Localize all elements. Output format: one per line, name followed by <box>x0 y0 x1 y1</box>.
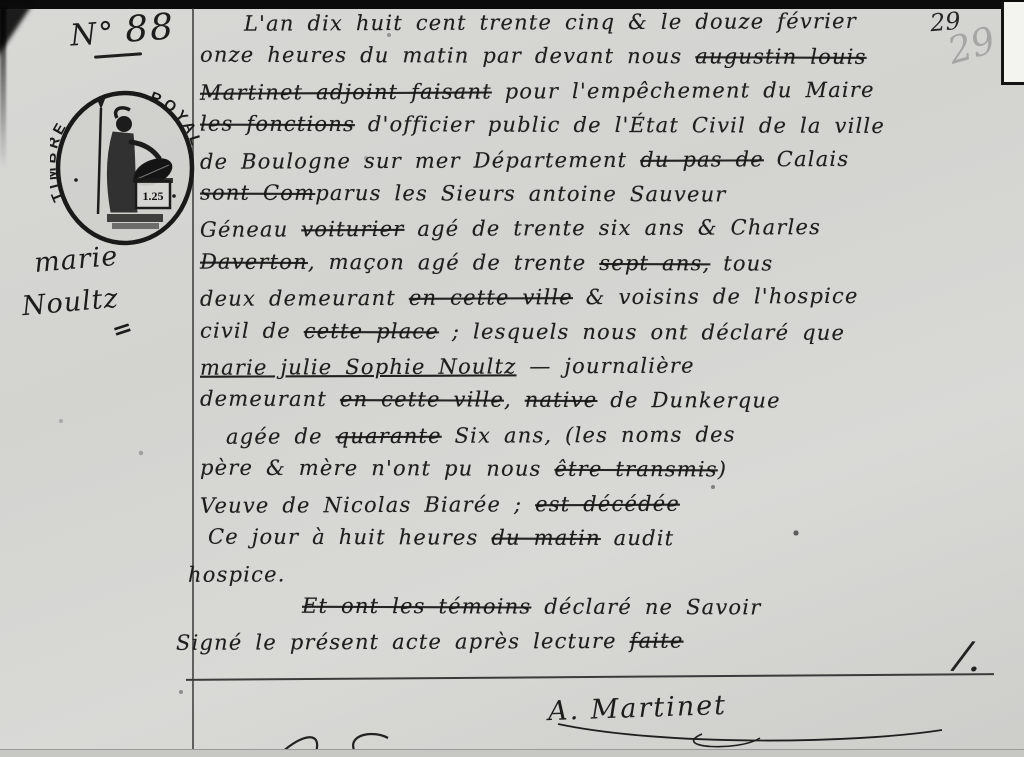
manuscript-line: L'an dix huit cent trente cinq & le douz… <box>244 3 1012 41</box>
manuscript-line: Veuve de Nicolas Biarée ; est décédée <box>200 485 1012 523</box>
manuscript-line: Martinet adjoint faisant pour l'empêchem… <box>200 72 1012 110</box>
manuscript-line: de Boulogne sur mer Département du pas d… <box>200 141 1012 179</box>
manuscript-line: demeurant en cette ville, native de Dunk… <box>200 382 1012 419</box>
scan-left-smudge <box>0 8 6 168</box>
margin-name-line1: marie <box>32 236 120 285</box>
manuscript-line: hospice. <box>188 554 1012 592</box>
manuscript-line: agée de quarante Six ans, (les noms des <box>226 416 1012 454</box>
manuscript-line: onze heures du matin par devant nous aug… <box>200 38 1012 75</box>
manuscript-line: Daverton, maçon agé de trente sept ans, … <box>200 244 1012 281</box>
stamp-value: 1.25 <box>143 189 164 203</box>
act-number-prefix: N° <box>69 16 117 54</box>
manuscript-line: deux demeurant en cette ville & voisins … <box>200 278 1012 316</box>
timbre-royal-stamp: TIMBRE ROYAL 1.25 <box>50 84 200 252</box>
paper-specks <box>0 0 2 2</box>
act-number-value: 88 <box>124 6 177 50</box>
act-number: N°88 <box>69 6 177 54</box>
manuscript-line: père & mère n'ont pu nous être transmis) <box>200 451 1012 488</box>
signature-flourish <box>552 718 948 748</box>
manuscript-line: Ce jour à huit heures du matin audit <box>208 520 1012 557</box>
manuscript-line: les fonctions d'officier public de l'Éta… <box>200 107 1012 144</box>
scan-bottom-edge <box>0 749 1024 757</box>
stamp-dot-left <box>74 178 78 182</box>
manuscript-line: Géneau voiturier agé de trente six ans &… <box>200 210 1012 248</box>
margin-name-note: marie Noultz <box>17 236 124 328</box>
stamp-dot-right <box>172 194 176 198</box>
body-text: L'an dix huit cent trente cinq & le douz… <box>200 5 1012 659</box>
manuscript-line: sont Comparus les Sieurs antoine Sauveur <box>200 176 1012 213</box>
manuscript-line: Et ont les témoins déclaré ne Savoir <box>302 589 1012 626</box>
manuscript-line: civil de cette place ; lesquels nous ont… <box>200 313 1012 350</box>
manuscript-scan: N°88 TIMBRE ROYAL 1.25 marie Noultz = <box>0 0 1024 757</box>
manuscript-line: marie julie Sophie Noultz — journalière <box>200 347 1012 385</box>
manuscript-line: Signé le présent acte après lecture fait… <box>176 622 1012 660</box>
